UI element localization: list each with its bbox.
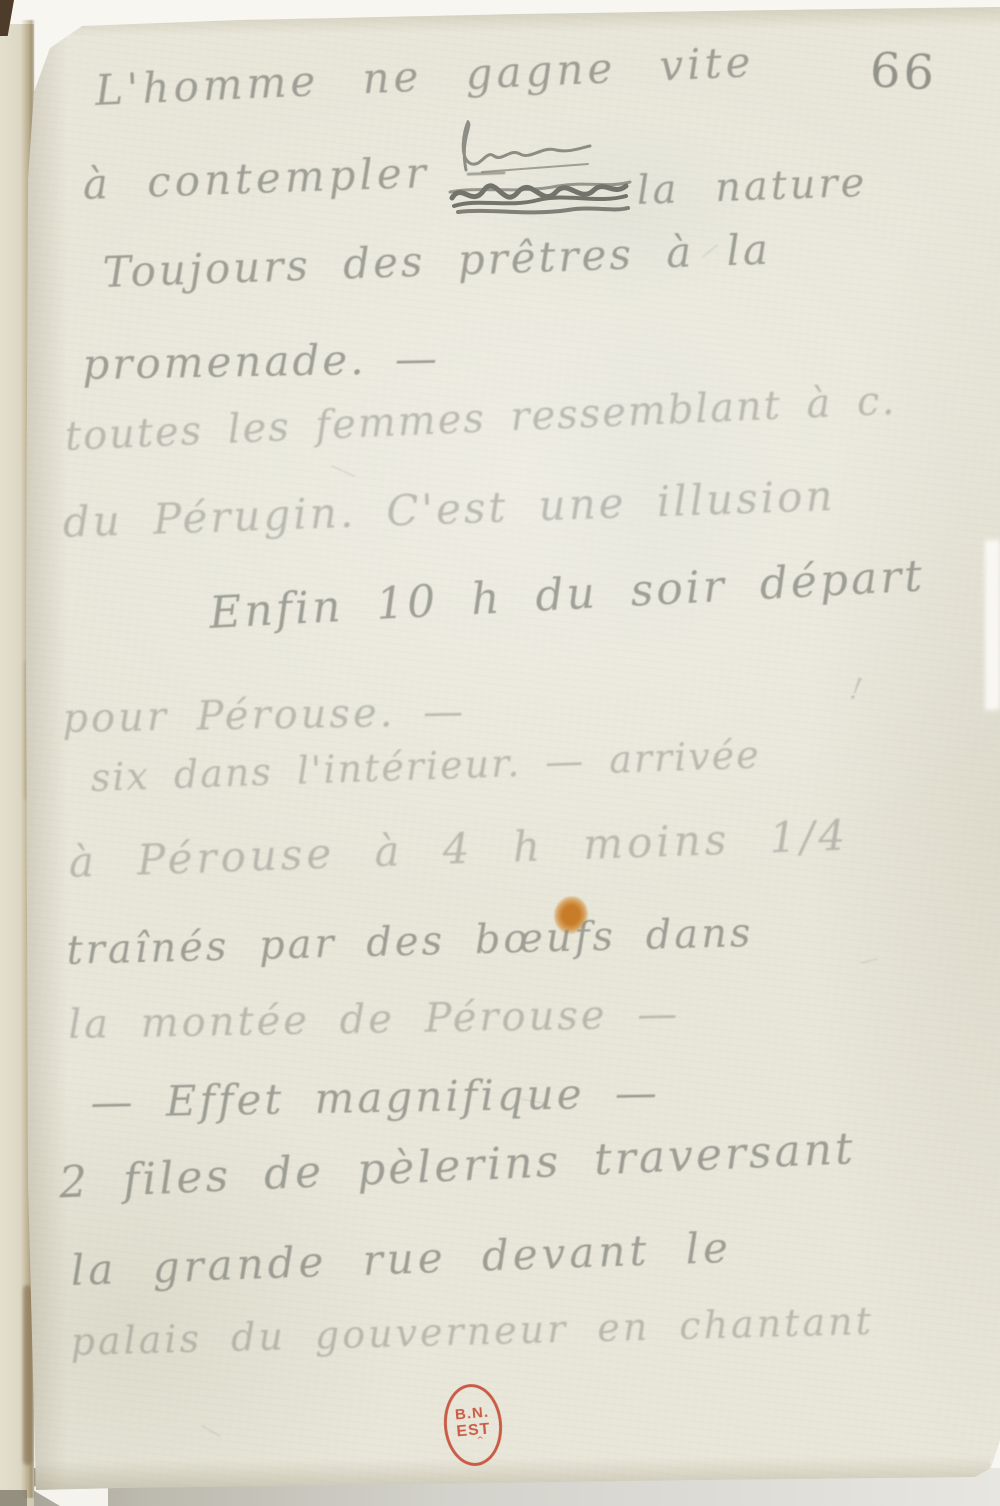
crossed-out-word-scribble [448,168,633,220]
handwritten-line: la montée de Pérouse — [68,991,681,1048]
paper-fiber [201,1425,221,1438]
handwritten-line: à Pérouse à 4 h moins 1/4 [68,811,850,887]
stamp-small-mark: ^ [476,1439,484,1444]
handwritten-line: pour Pérouse. — [62,689,466,742]
handwritten-line: — Effet magnifique — [90,1068,660,1127]
handwritten-line: la grande rue devant le [70,1223,733,1295]
paper-fiber [331,465,356,477]
library-stamp: B.N. EST ^ [441,1382,506,1469]
handwritten-line: six dans l'intérieur. — arrivée [90,733,761,800]
handwritten-line: Enfin 10 h du soir départ [208,551,926,639]
handwritten-line: palais du gouverneur en chantant [70,1299,874,1364]
handwritten-line: du Pérugin. C'est une illusion [62,471,836,547]
notebook-page: 66 L'homme ne gagne vite à contempler — … [0,0,1000,1506]
binding-wear-mark [23,1285,32,1465]
handwritten-line: promenade. — [82,334,440,389]
page-left-edge-shading [26,30,68,1490]
stamp-text-est: EST [456,1421,492,1442]
handwritten-line: traînés par des bœufs dans [66,910,754,974]
handwritten-line: 2 files de pèlerins traversant [58,1123,857,1209]
handwritten-line: toutes les femmes ressemblant à c. [64,378,897,460]
page-number: 66 [869,42,939,101]
scanned-notebook-page: 66 L'homme ne gagne vite à contempler — … [0,0,1000,1506]
handwritten-line: Toujours des prêtres à la [102,225,772,297]
handwritten-line: L'homme ne gagne vite [94,37,755,115]
paper-fiber [860,958,878,965]
handwritten-line: la nature [636,160,868,214]
stray-pencil-mark: ! [847,671,865,708]
page-top-edge-shading [40,3,1000,37]
page-right-edge-highlight [985,540,1000,710]
